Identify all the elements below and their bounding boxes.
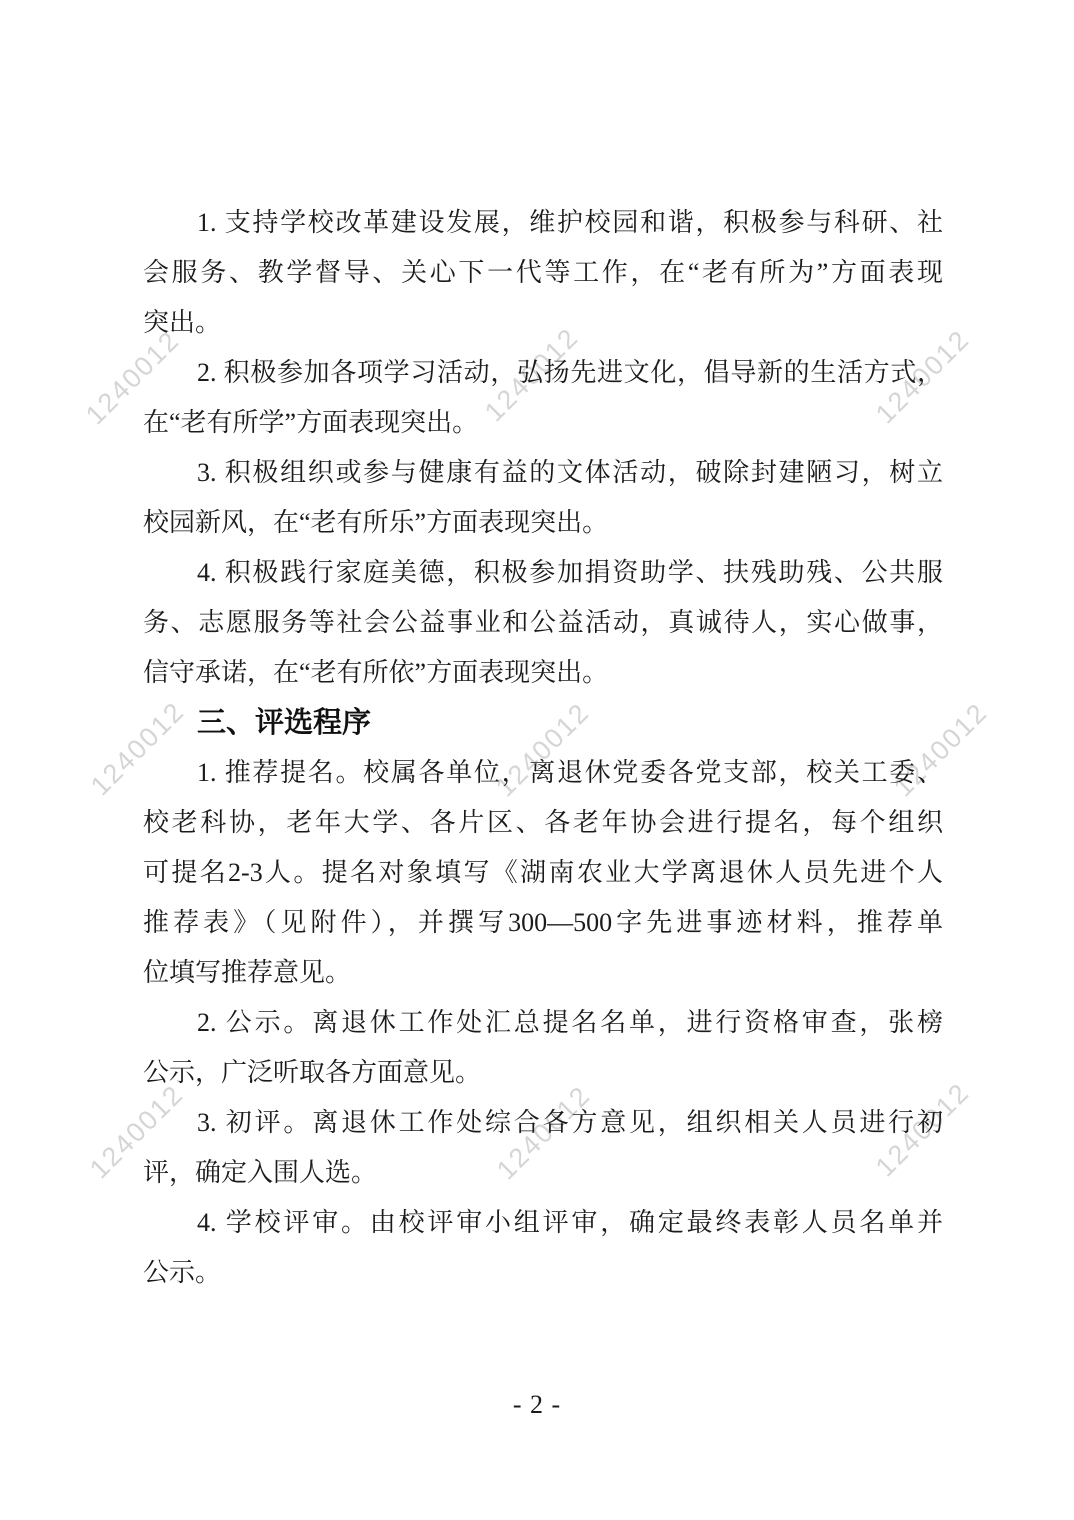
doc-line: 在“老有所学”方面表现突出。: [143, 398, 943, 448]
doc-line: 公示。: [143, 1248, 943, 1298]
doc-line: 3. 积极组织或参与健康有益的文体活动，破除封建陋习，树立: [143, 448, 943, 498]
doc-line: 1. 推荐提名。校属各单位，离退休党委各党支部，校关工委、: [143, 748, 943, 798]
document-page: 1240012 1240012 1240012 1240012 1240012 …: [0, 0, 1074, 1520]
doc-line: 2. 积极参加各项学习活动，弘扬先进文化，倡导新的生活方式，: [143, 348, 943, 398]
doc-line: 4. 积极践行家庭美德，积极参加捐资助学、扶残助残、公共服: [143, 548, 943, 598]
doc-line: 推荐表》（见附件），并撰写300—500字先进事迹材料，推荐单: [143, 898, 943, 948]
doc-line: 校园新风，在“老有所乐”方面表现突出。: [143, 498, 943, 548]
doc-line: 1. 支持学校改革建设发展，维护校园和谐，积极参与科研、社: [143, 198, 943, 248]
section-heading: 三、评选程序: [143, 698, 943, 748]
doc-line: 公示，广泛听取各方面意见。: [143, 1048, 943, 1098]
doc-line: 突出。: [143, 298, 943, 348]
doc-line: 评，确定入围人选。: [143, 1148, 943, 1198]
doc-line: 4. 学校评审。由校评审小组评审，确定最终表彰人员名单并: [143, 1198, 943, 1248]
doc-line: 位填写推荐意见。: [143, 948, 943, 998]
doc-line: 可提名2-3人。提名对象填写《湖南农业大学离退休人员先进个人: [143, 848, 943, 898]
doc-line: 2. 公示。离退休工作处汇总提名名单，进行资格审查，张榜: [143, 998, 943, 1048]
document-body: 1. 支持学校改革建设发展，维护校园和谐，积极参与科研、社 会服务、教学督导、关…: [143, 198, 943, 1298]
doc-line: 信守承诺，在“老有所依”方面表现突出。: [143, 648, 943, 698]
doc-line: 3. 初评。离退休工作处综合各方意见，组织相关人员进行初: [143, 1098, 943, 1148]
doc-line: 务、志愿服务等社会公益事业和公益活动，真诚待人，实心做事，: [143, 598, 943, 648]
doc-line: 校老科协，老年大学、各片区、各老年协会进行提名，每个组织: [143, 798, 943, 848]
doc-line: 会服务、教学督导、关心下一代等工作，在“老有所为”方面表现: [143, 248, 943, 298]
page-number: - 2 -: [0, 1390, 1074, 1420]
